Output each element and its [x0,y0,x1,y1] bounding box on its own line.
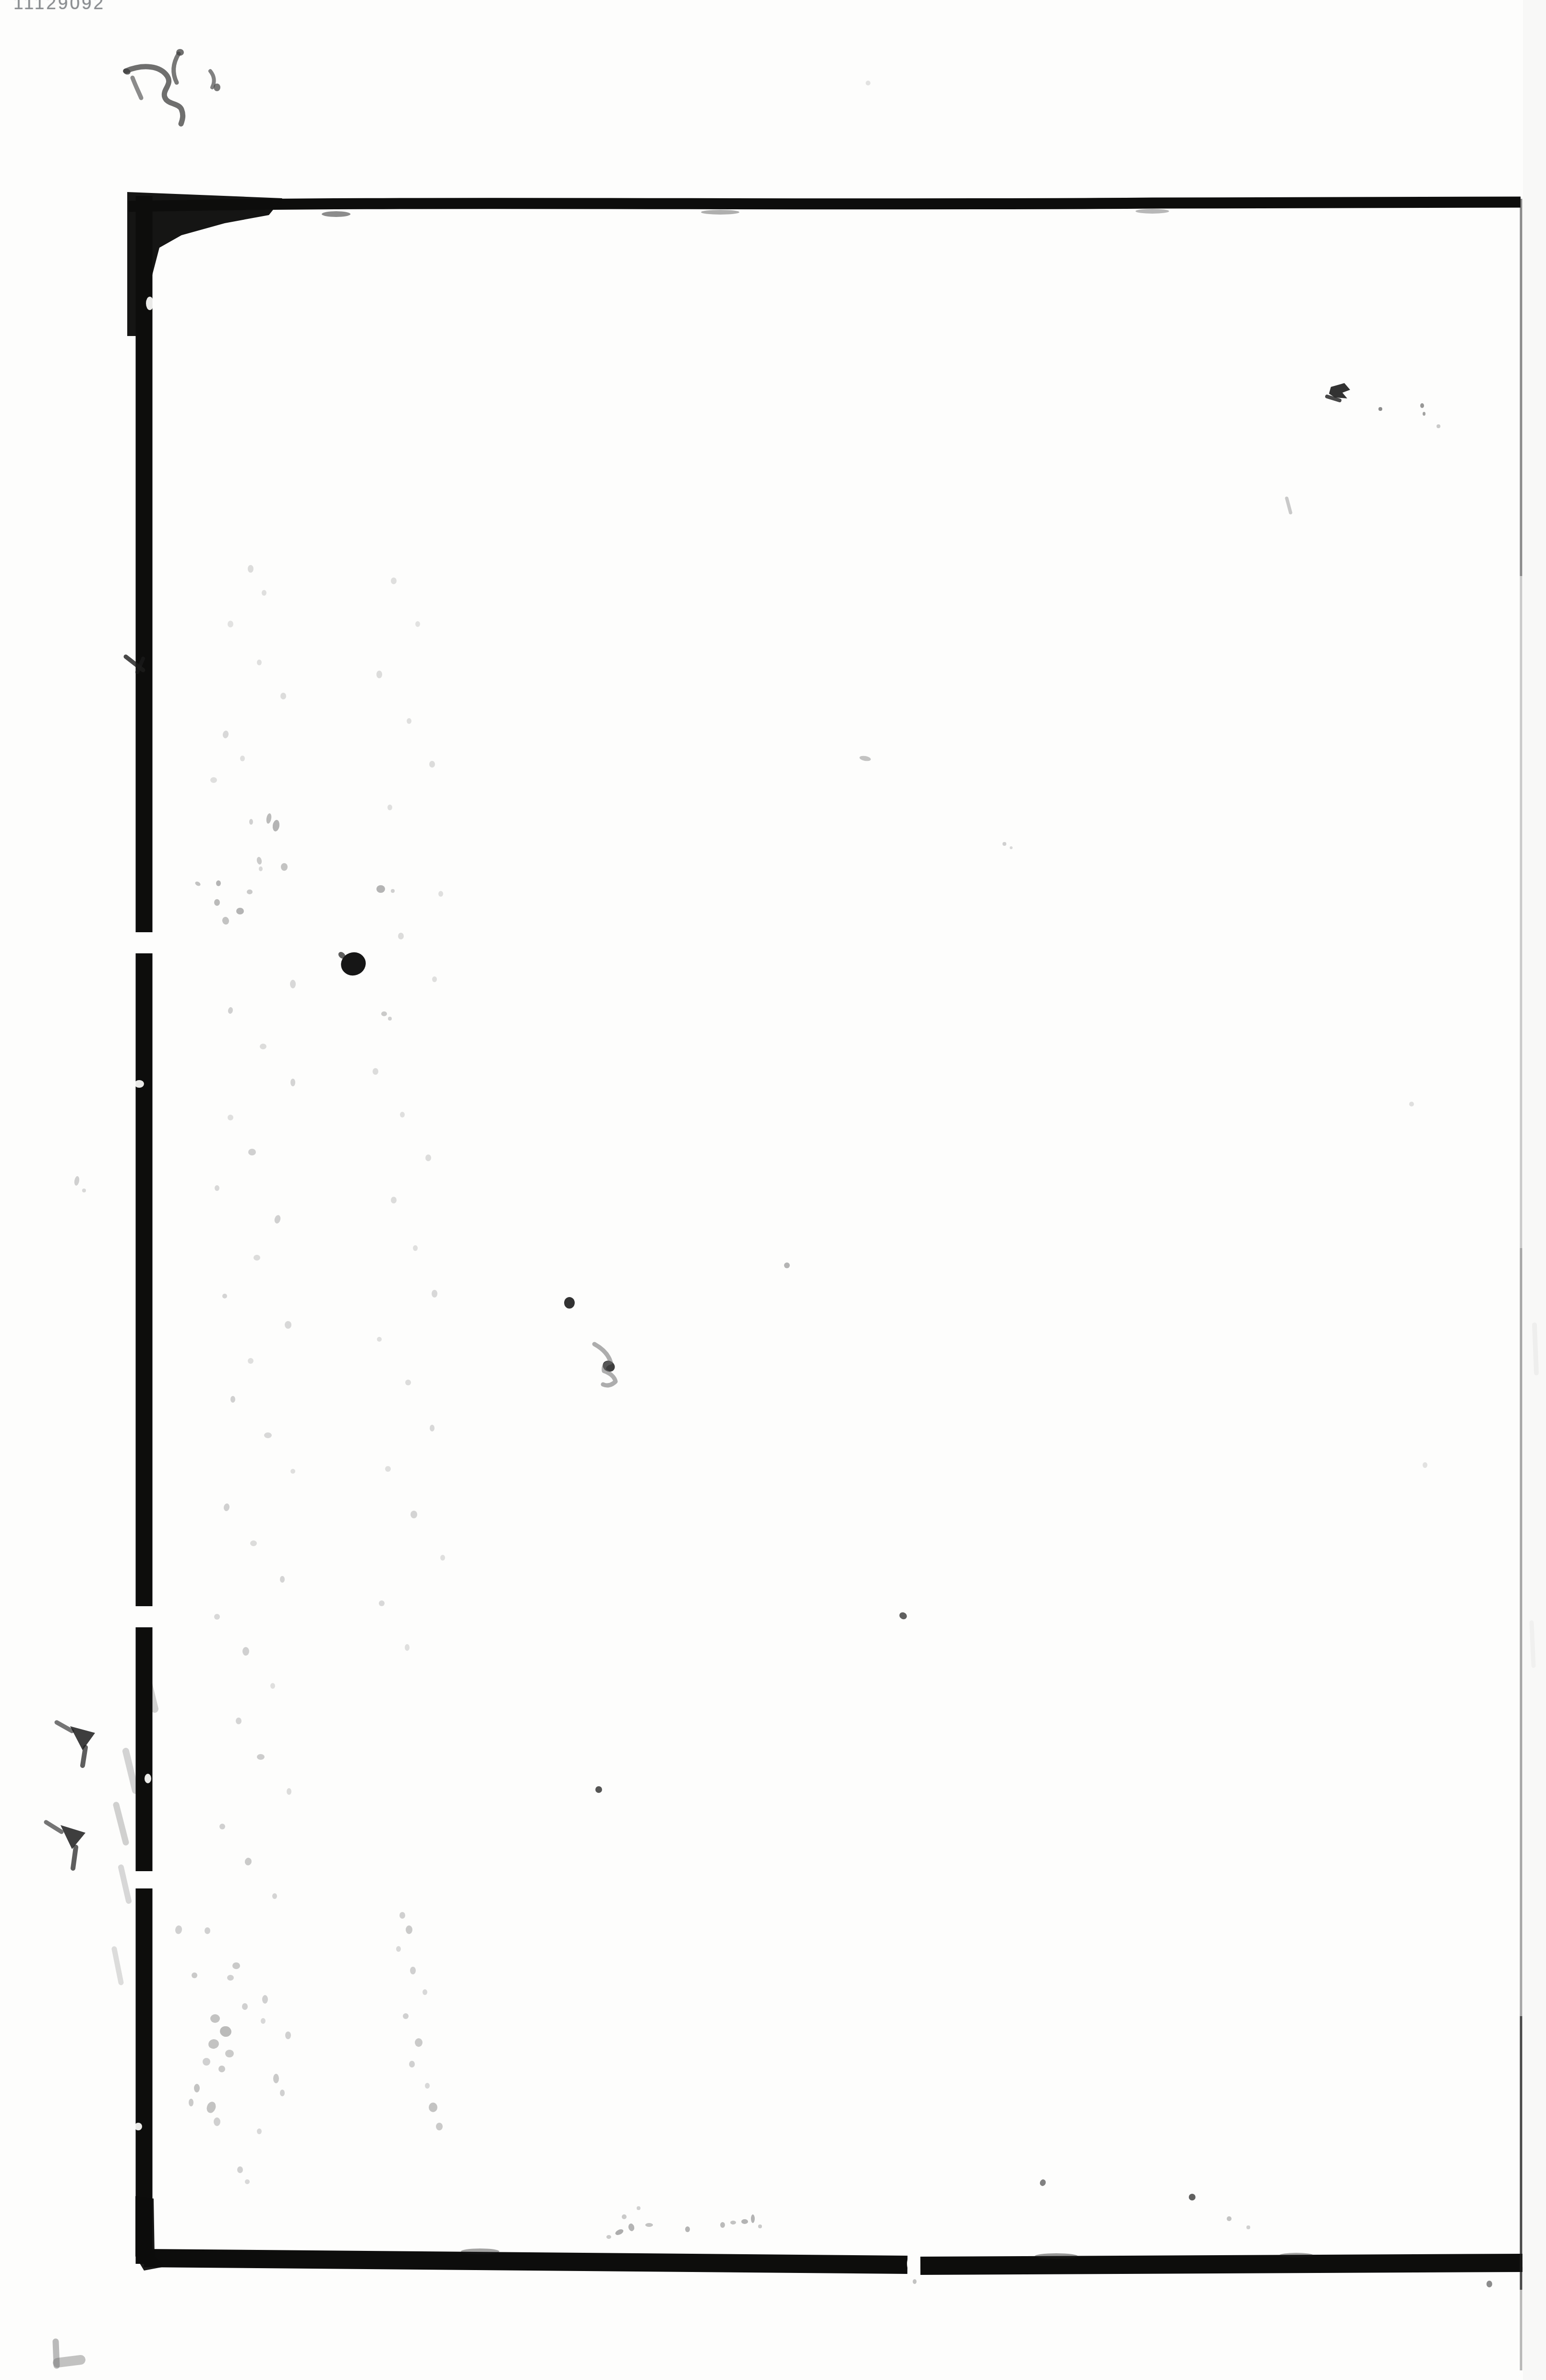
ink-marks [46,192,1492,2287]
page-edge-strip [1523,0,1546,2380]
bleedthrough-specks [56,81,1536,2366]
scan-artwork [0,0,1546,2380]
scanned-book-page: 11129092 [0,0,1546,2380]
pencil-annotation [122,49,616,1385]
page-frame-border [129,196,1522,2370]
